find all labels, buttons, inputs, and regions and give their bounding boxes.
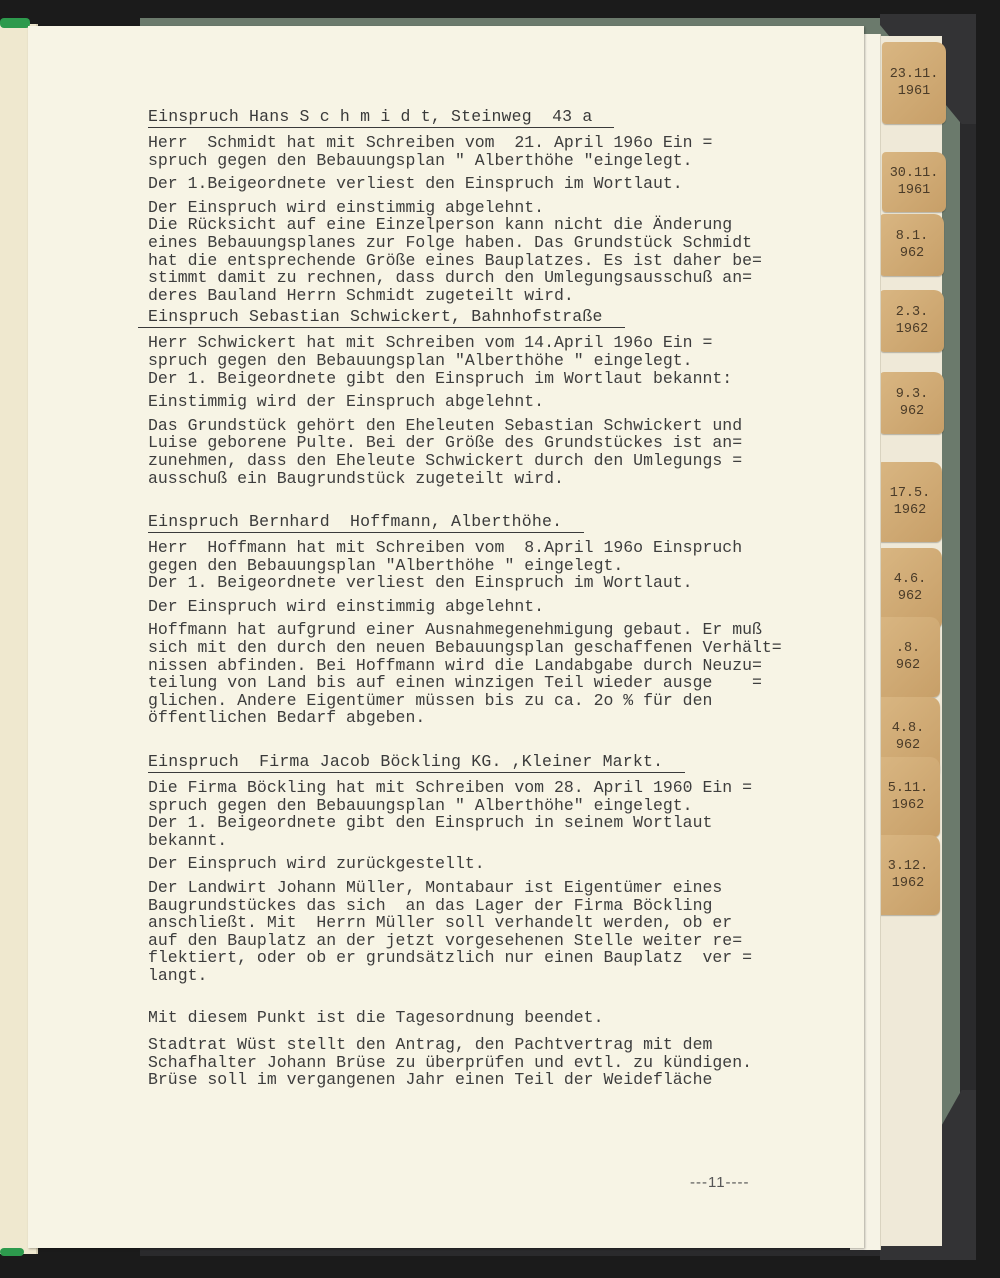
tab-date-line: 4.8. [876, 720, 940, 737]
page-number: ---11---- [690, 1174, 750, 1191]
tab-date-line: 2.3. [880, 304, 944, 321]
paragraph: Der Landwirt Johann Müller, Montabaur is… [148, 879, 848, 985]
tab-date-line: 17.5. [878, 485, 942, 502]
paragraph: Einstimmig wird der Einspruch abgelehnt. [148, 393, 848, 411]
paragraph: Der 1.Beigeordnete verliest den Einspruc… [148, 175, 848, 193]
tab-date-line: 30.11. [882, 165, 946, 182]
bookmark-ribbon-top [0, 18, 30, 28]
tab-date-line: .8. [876, 640, 940, 657]
section-schwickert: Einspruch Sebastian Schwickert, Bahnhofs… [148, 306, 848, 487]
tab-year-line: 1961 [882, 83, 946, 100]
tab-year-line: 962 [876, 737, 940, 754]
section-heading: Einspruch Hans S c h m i d t, Steinweg 4… [148, 106, 614, 128]
section-heading: Einspruch Firma Jacob Böckling KG. ,Klei… [148, 751, 685, 773]
date-tab[interactable]: 5.11.1962 [876, 757, 940, 837]
date-tab[interactable]: 4.6.962 [878, 548, 942, 628]
date-tab[interactable]: 9.3.962 [880, 372, 944, 434]
date-tab[interactable]: 8.1.962 [880, 214, 944, 276]
date-tab[interactable]: 30.11.1961 [882, 152, 946, 212]
paragraph: Der Einspruch wird einstimmig abgelehnt.… [148, 199, 848, 305]
typed-page: Einspruch Hans S c h m i d t, Steinweg 4… [28, 26, 864, 1248]
section-heading: Einspruch Sebastian Schwickert, Bahnhofs… [138, 306, 625, 328]
date-tab[interactable]: 23.11.1961 [882, 42, 946, 124]
closing-statement: Mit diesem Punkt ist die Tagesordnung be… [148, 1009, 848, 1027]
page-content: Einspruch Hans S c h m i d t, Steinweg 4… [148, 106, 848, 1089]
paragraph: Herr Schmidt hat mit Schreiben vom 21. A… [148, 134, 848, 169]
tab-year-line: 962 [878, 588, 942, 605]
tab-date-line: 4.6. [878, 571, 942, 588]
paragraph: Das Grundstück gehört den Eheleuten Seba… [148, 417, 848, 487]
tab-year-line: 1962 [880, 321, 944, 338]
tab-date-line: 8.1. [880, 228, 944, 245]
bookmark-ribbon-bottom [0, 1248, 24, 1256]
section-heading: Einspruch Bernhard Hoffmann, Alberthöhe. [148, 511, 584, 533]
date-tab[interactable]: 3.12.1962 [876, 835, 940, 915]
tab-year-line: 962 [880, 245, 944, 262]
tab-year-line: 1962 [878, 502, 942, 519]
paragraph: Die Firma Böckling hat mit Schreiben vom… [148, 779, 848, 849]
tab-year-line: 962 [876, 657, 940, 674]
tab-date-line: 23.11. [882, 66, 946, 83]
tab-year-line: 1962 [876, 797, 940, 814]
section-hoffmann: Einspruch Bernhard Hoffmann, Alberthöhe.… [148, 511, 848, 727]
paragraph: Herr Schwickert hat mit Schreiben vom 14… [148, 334, 848, 387]
paragraph: Der Einspruch wird zurückgestellt. [148, 855, 848, 873]
paragraph: Der Einspruch wird einstimmig abgelehnt. [148, 598, 848, 616]
tab-year-line: 1961 [882, 182, 946, 199]
tab-year-line: 962 [880, 403, 944, 420]
paragraph: Hoffmann hat aufgrund einer Ausnahmegene… [148, 621, 848, 727]
final-paragraph: Stadtrat Wüst stellt den Antrag, den Pac… [148, 1036, 848, 1089]
date-tab[interactable]: 17.5.1962 [878, 462, 942, 542]
tab-year-line: 1962 [876, 875, 940, 892]
section-boeckling: Einspruch Firma Jacob Böckling KG. ,Klei… [148, 751, 848, 985]
section-schmidt: Einspruch Hans S c h m i d t, Steinweg 4… [148, 106, 848, 304]
tab-date-line: 3.12. [876, 858, 940, 875]
date-tab[interactable]: 2.3.1962 [880, 290, 944, 352]
tab-date-line: 9.3. [880, 386, 944, 403]
tab-date-line: 5.11. [876, 780, 940, 797]
paragraph: Herr Hoffmann hat mit Schreiben vom 8.Ap… [148, 539, 848, 592]
date-tab[interactable]: .8.962 [876, 617, 940, 697]
